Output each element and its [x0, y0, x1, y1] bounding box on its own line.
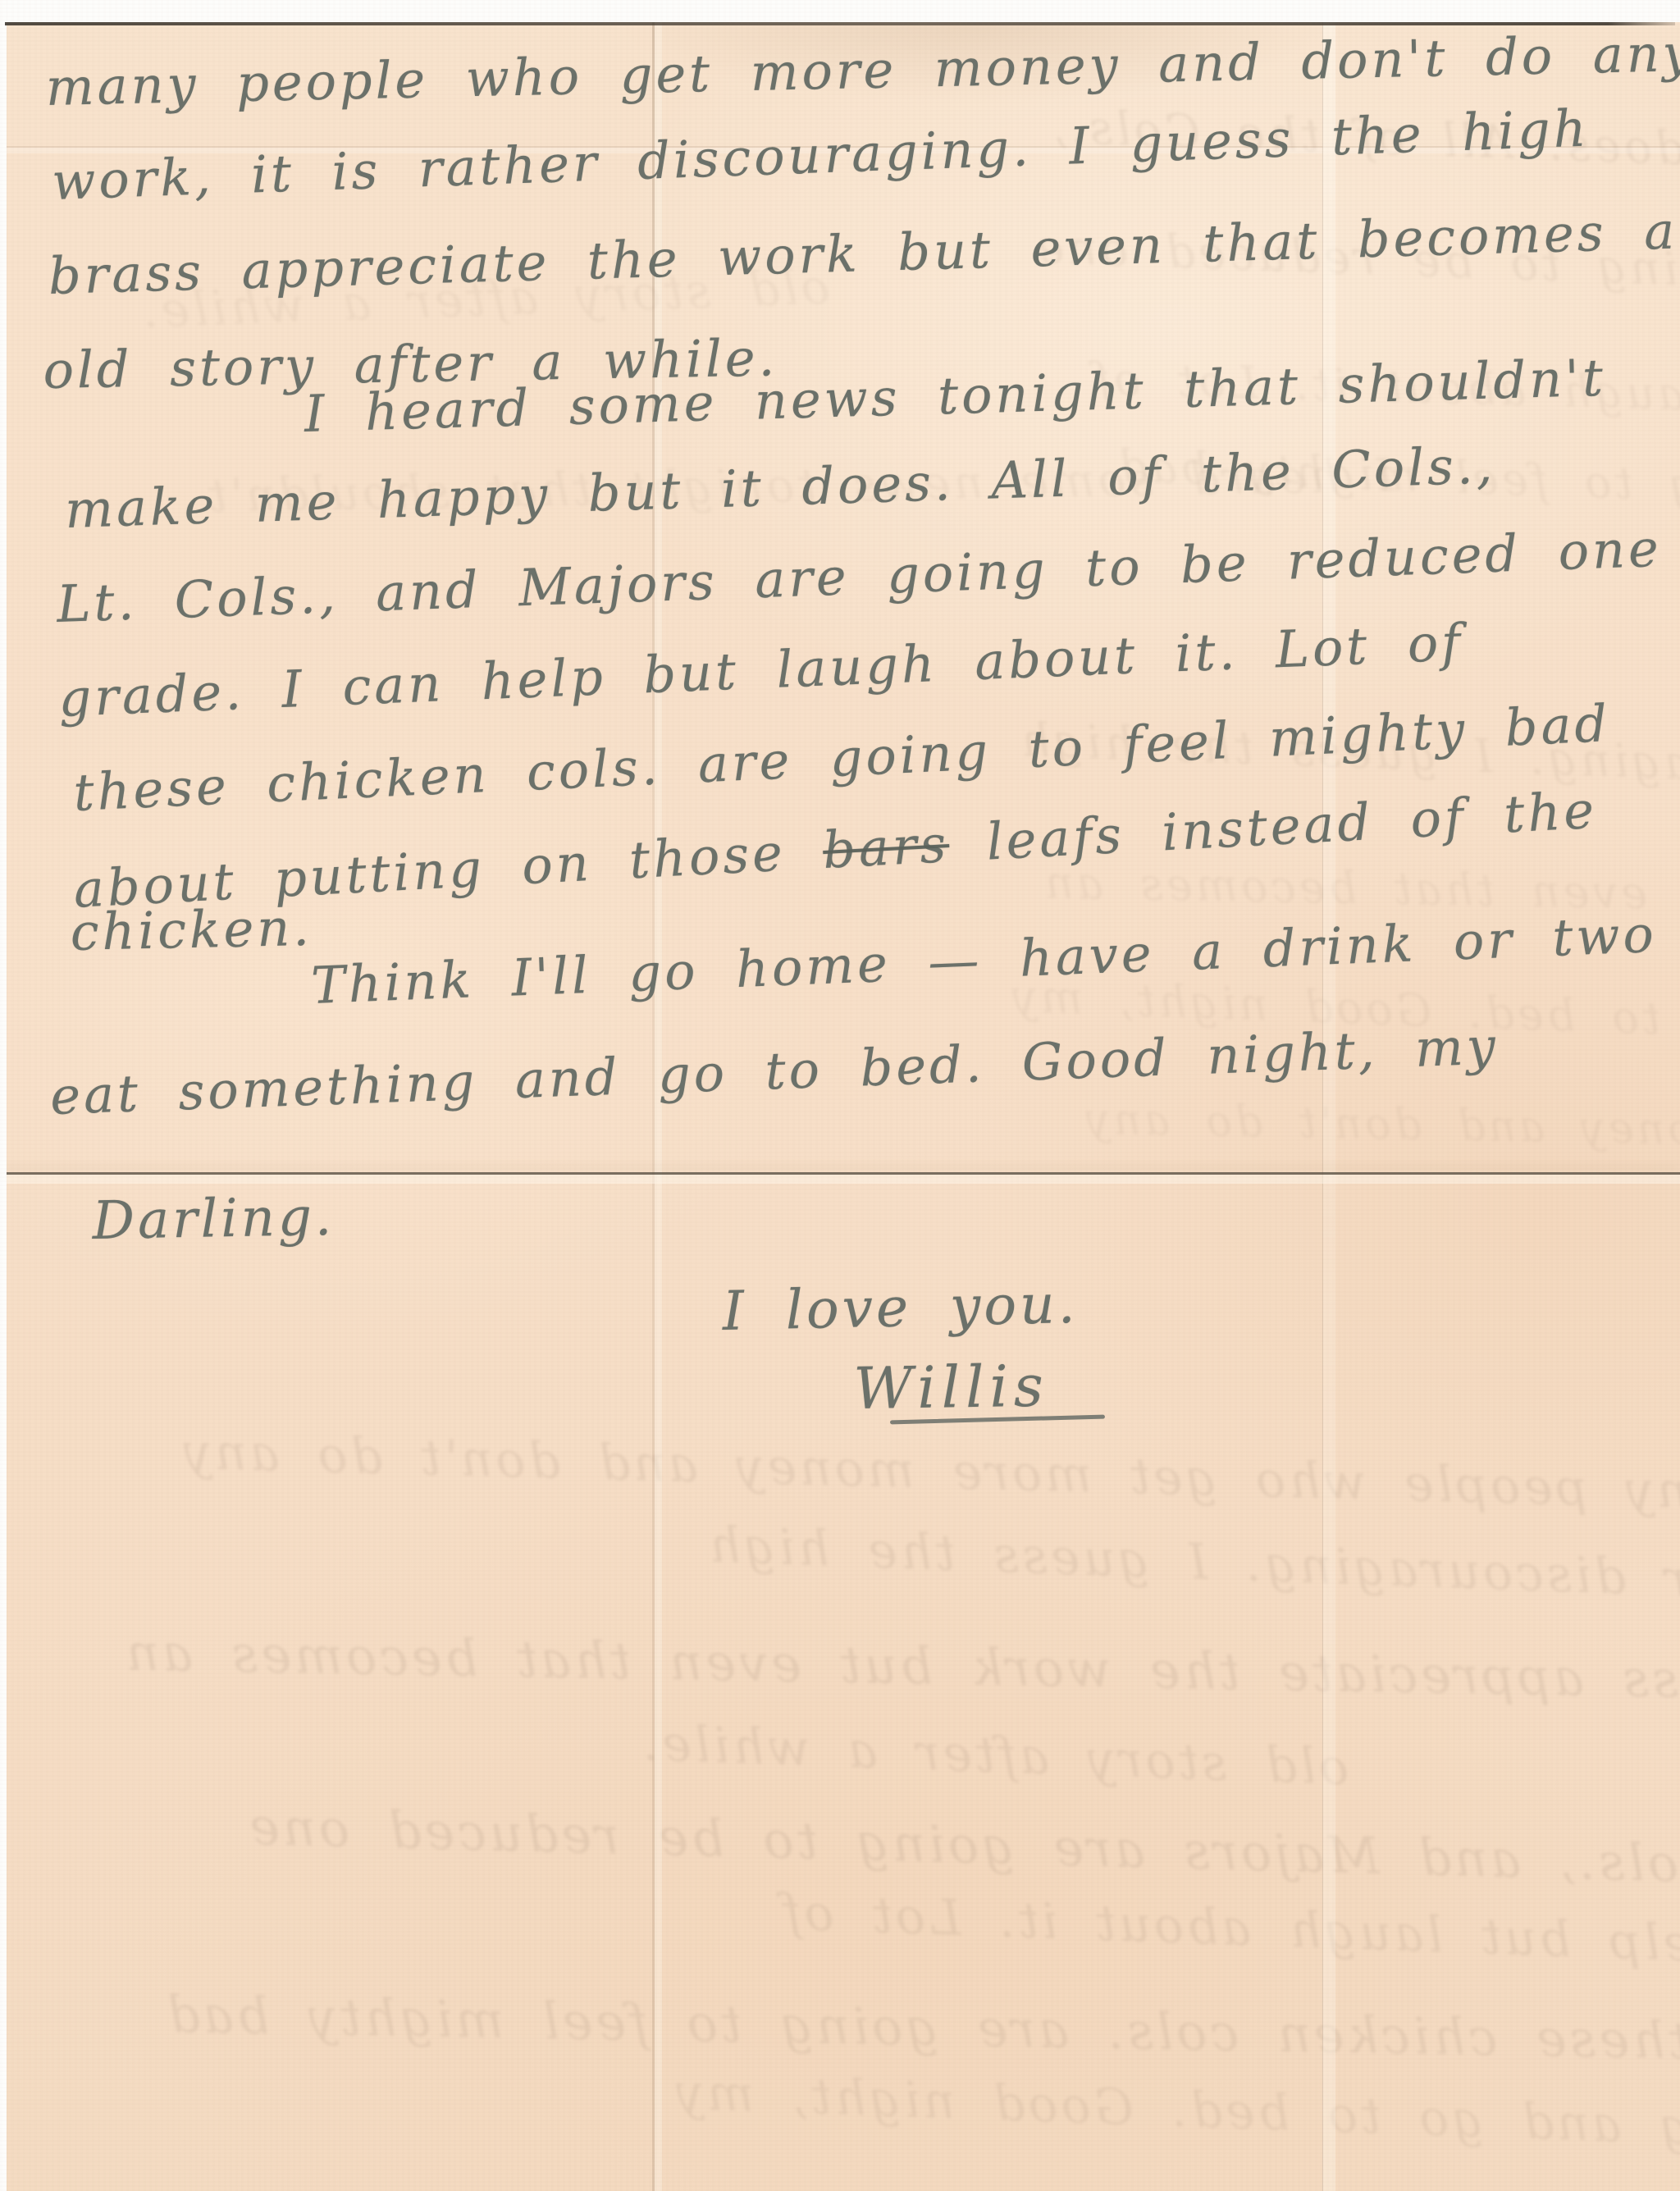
letter-line-2: work, it is rather discouraging. I guess…: [51, 98, 1591, 212]
letter-line-12: Think I'll go home — have a drink or two…: [310, 901, 1680, 1016]
letter-line-3: brass appreciate the work but even that …: [48, 199, 1680, 306]
letter-body: many people who get more money and don't…: [0, 0, 1680, 2191]
letter-line-6: make me happy but it does. All of the Co…: [64, 435, 1496, 540]
letter-line-11: chicken.: [70, 897, 313, 962]
scanned-letter-page: make me happy but it does. All of the Co…: [0, 0, 1680, 2191]
struck-word: bars: [821, 814, 951, 880]
letter-line-13: eat something and go to bed. Good night,…: [49, 1016, 1500, 1126]
signature: Willis: [853, 1353, 1049, 1422]
scanner-margin-left: [0, 0, 7, 2191]
letter-line-14: Darling.: [92, 1187, 336, 1252]
paper-top-edge: [5, 22, 1675, 25]
scanner-margin-top: [0, 0, 1680, 22]
fold-crease-horizontal-main-highlight: [0, 1175, 1680, 1184]
closing-line: I love you.: [722, 1272, 1079, 1343]
